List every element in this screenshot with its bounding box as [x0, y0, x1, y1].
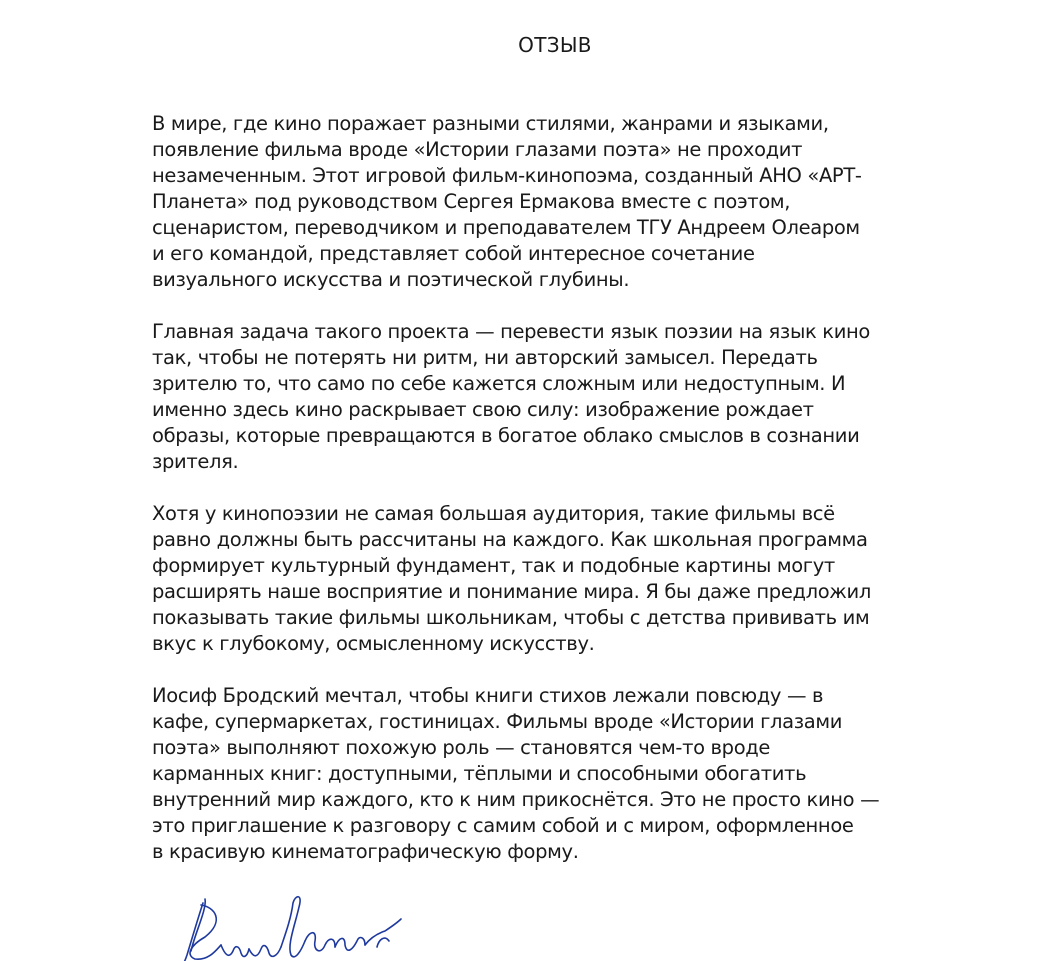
text-line: внутренний мир каждого, кто к ним прикос… [152, 787, 1032, 813]
paragraph-1: В мире, где кино поражает разными стилям… [152, 111, 1032, 293]
text-line: кафе, супермаркетах, гостиницах. Фильмы … [152, 709, 1032, 735]
paragraph-2: Главная задача такого проекта — перевест… [152, 319, 1032, 475]
text-line: Главная задача такого проекта — перевест… [152, 319, 1032, 345]
text-line: вкус к глубокому, осмысленному искусству… [152, 631, 1032, 657]
text-line: показывать такие фильмы школьникам, чтоб… [152, 605, 1032, 631]
text-line: сценаристом, переводчиком и преподавател… [152, 215, 1032, 241]
text-line: равно должны быть рассчитаны на каждого.… [152, 527, 1032, 553]
document-body: В мире, где кино поражает разными стилям… [152, 111, 1032, 891]
text-line: в красивую кинематографическую форму. [152, 839, 1032, 865]
text-line: карманных книг: доступными, тёплыми и сп… [152, 761, 1032, 787]
document-title: ОТЗЫВ [0, 33, 1060, 57]
text-line: Планета» под руководством Сергея Ермаков… [152, 189, 1032, 215]
signature [165, 885, 425, 961]
signature-icon [165, 885, 425, 961]
text-line: и его командой, представляет собой интер… [152, 241, 1032, 267]
text-line: формирует культурный фундамент, так и по… [152, 553, 1032, 579]
text-line: так, чтобы не потерять ни ритм, ни автор… [152, 345, 1032, 371]
text-line: именно здесь кино раскрывает свою силу: … [152, 397, 1032, 423]
text-line: поэта» выполняют похожую роль — становят… [152, 735, 1032, 761]
paragraph-3: Хотя у кинопоэзии не самая большая аудит… [152, 501, 1032, 657]
text-line: это приглашение к разговору с самим собо… [152, 813, 1032, 839]
text-line: появление фильма вроде «Истории глазами … [152, 137, 1032, 163]
text-line: В мире, где кино поражает разными стилям… [152, 111, 1032, 137]
text-line: зрителя. [152, 449, 1032, 475]
paragraph-4: Иосиф Бродский мечтал, чтобы книги стихо… [152, 683, 1032, 865]
text-line: визуального искусства и поэтической глуб… [152, 267, 1032, 293]
text-line: Хотя у кинопоэзии не самая большая аудит… [152, 501, 1032, 527]
text-line: образы, которые превращаются в богатое о… [152, 423, 1032, 449]
text-line: расширять наше восприятие и понимание ми… [152, 579, 1032, 605]
text-line: зрителю то, что само по себе кажется сло… [152, 371, 1032, 397]
text-line: Иосиф Бродский мечтал, чтобы книги стихо… [152, 683, 1032, 709]
text-line: незамеченным. Этот игровой фильм-кинопоэ… [152, 163, 1032, 189]
